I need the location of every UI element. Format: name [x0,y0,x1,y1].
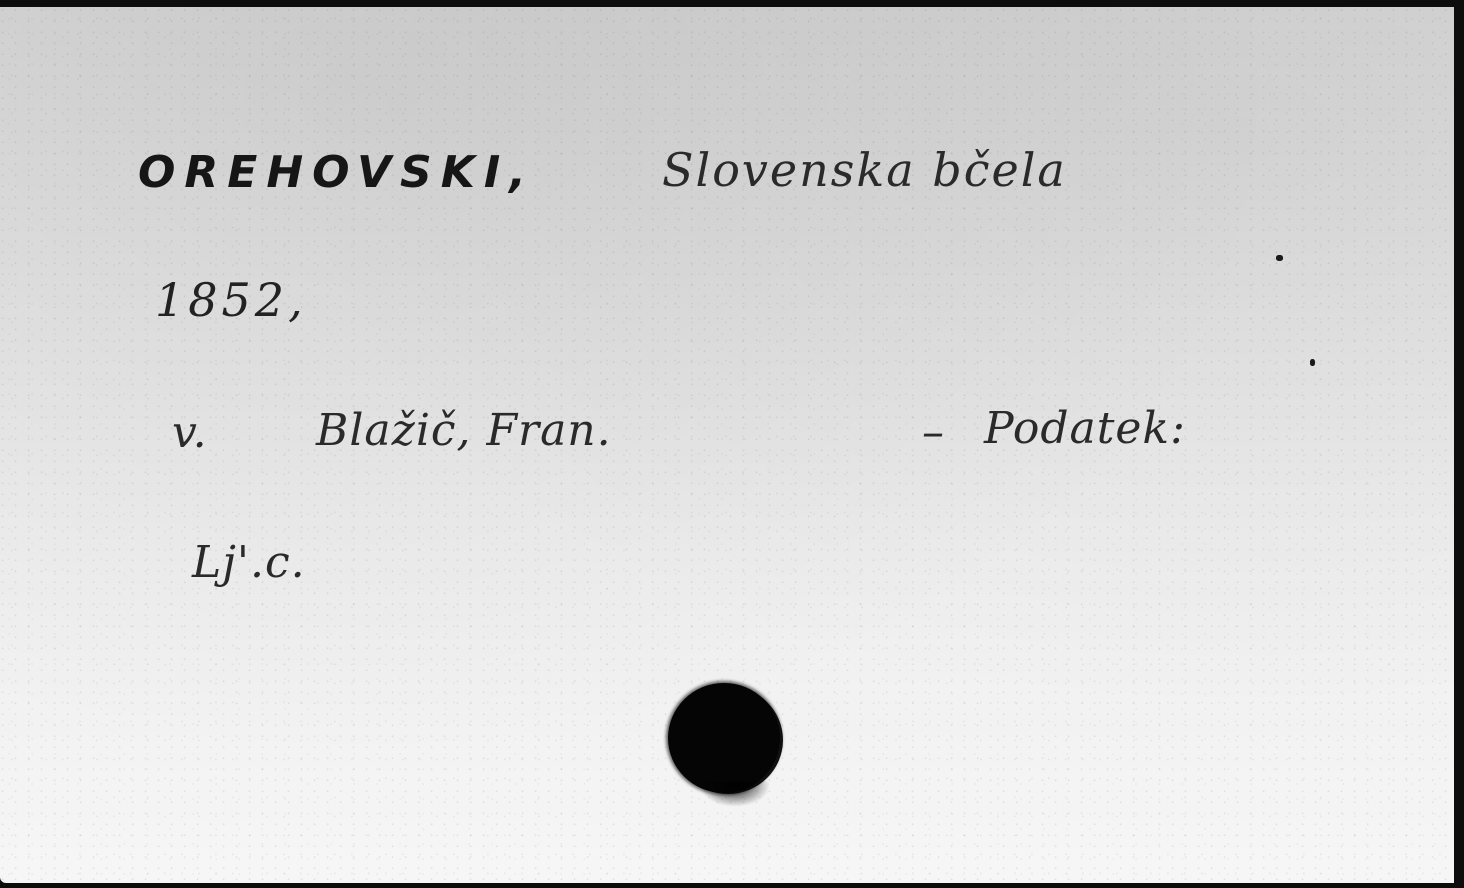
ink-speck [1276,255,1283,261]
heading-name: OREHOVSKI, [138,147,535,198]
reference-dash: – [922,407,945,458]
year: 1852, [155,273,307,327]
reference-prefix: v. [172,407,208,458]
catalog-card: OREHOVSKI, Slovenska bčela 1852, v. Blaž… [0,7,1454,883]
reference-name: Blažič, Fran. [316,405,612,456]
punch-hole [668,683,780,793]
reference-note: Podatek: [984,403,1186,454]
scan-frame: OREHOVSKI, Slovenska bčela 1852, v. Blaž… [0,0,1464,888]
heading-title: Slovenska bčela [662,143,1067,197]
punch-hole-shadow [700,781,770,807]
abbreviation: Lj'.c. [192,537,306,588]
ink-speck [1310,359,1315,366]
